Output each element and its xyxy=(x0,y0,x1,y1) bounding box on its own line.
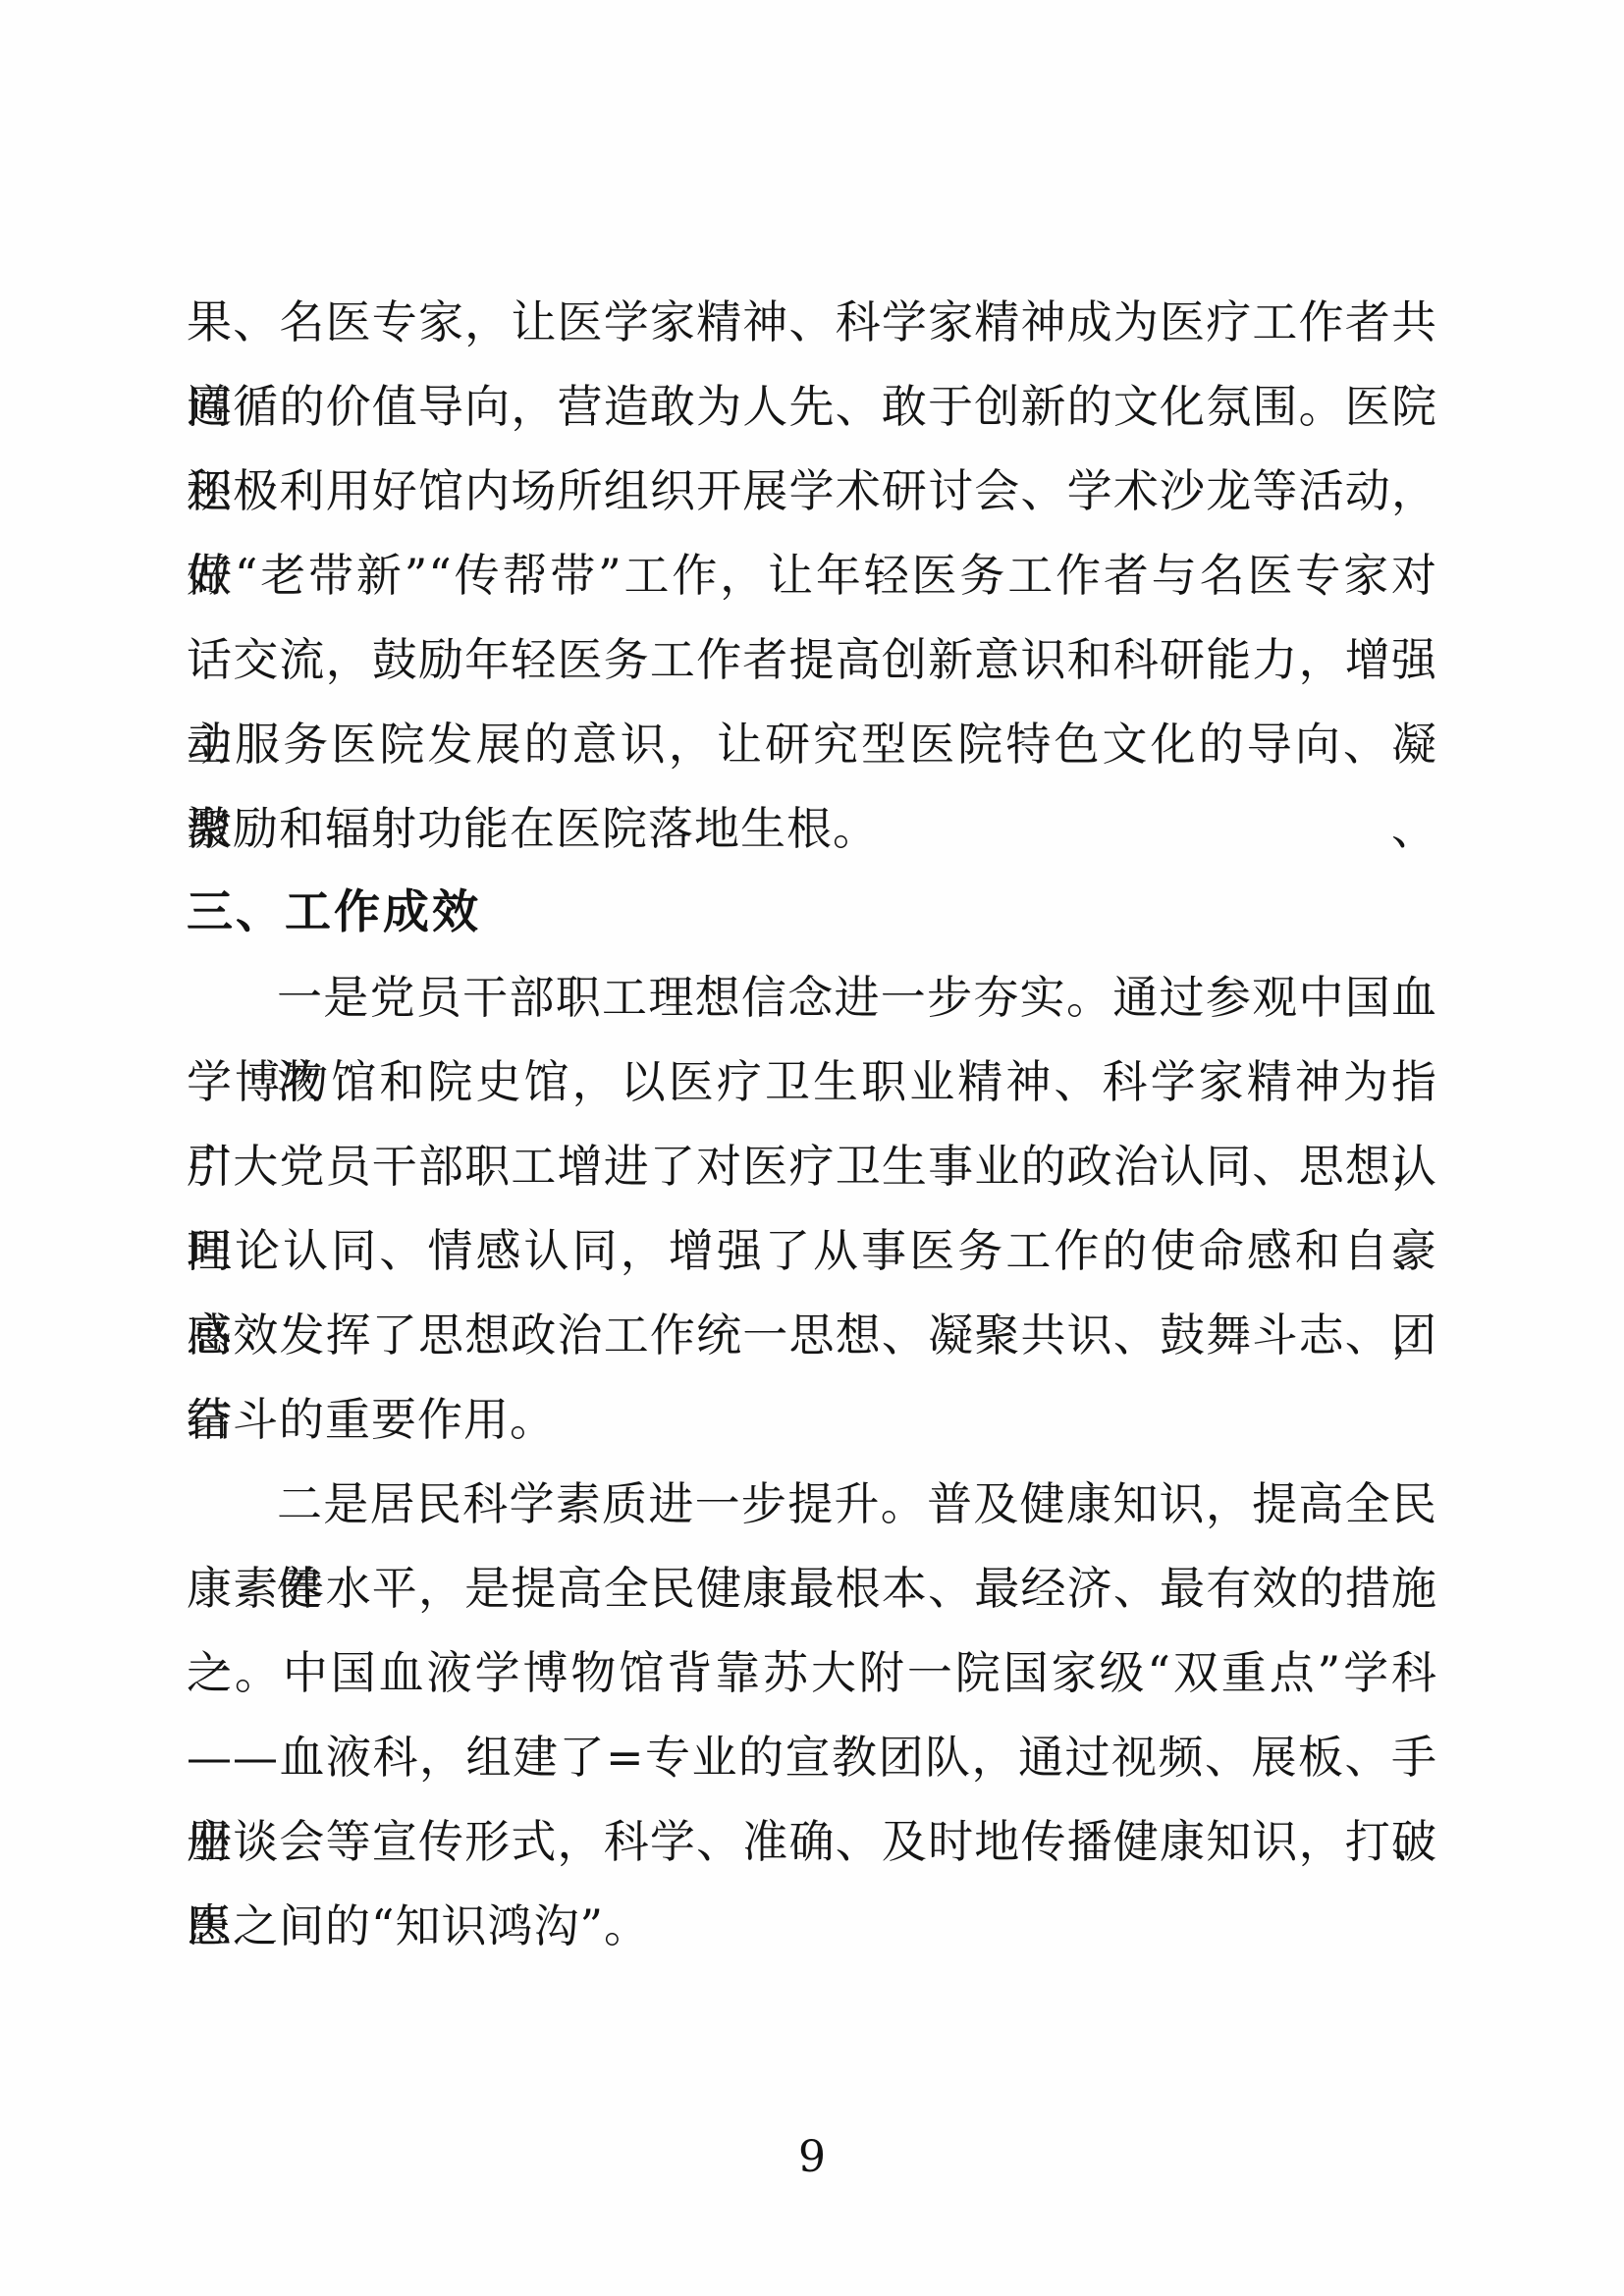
text-line: 高效发挥了思想政治工作统一思想、凝聚共识、鼓舞斗志、团结 xyxy=(187,1293,1437,1377)
text-line: 广大党员干部职工增进了对医疗卫生事业的政治认同、思想认同、 xyxy=(187,1124,1437,1208)
text-line: 二是居民科学素质进一步提升。普及健康知识，提高全民健 xyxy=(187,1462,1437,1546)
document-page: 果、名医专家，让医学家精神、科学家精神成为医疗工作者共同 遵循的价值导向，营造敢… xyxy=(0,0,1624,2296)
page-number: 9 xyxy=(0,2128,1624,2187)
text-line: 好“老带新”“传帮带”工作，让年轻医务工作者与名医专家对 xyxy=(187,533,1437,617)
text-line: 一。中国血液学博物馆背靠苏大附一院国家级“双重点”学科 xyxy=(187,1630,1437,1715)
text-line: 积极利用好馆内场所组织开展学术研讨会、学术沙龙等活动，做 xyxy=(187,449,1437,533)
text-line: 康素养水平，是提高全民健康最根本、最经济、最有效的措施之 xyxy=(187,1546,1437,1630)
text-block: 果、名医专家，让医学家精神、科学家精神成为医疗工作者共同 遵循的价值导向，营造敢… xyxy=(187,280,1437,1968)
text-line: 患之间的“知识鸿沟”。 xyxy=(187,1884,1437,1968)
text-line: 动服务医院发展的意识，让研究型医院特色文化的导向、凝聚、 xyxy=(187,702,1437,786)
text-line: ——血液科，组建了=专业的宣教团队，通过视频、展板、手册、 xyxy=(187,1715,1437,1799)
text-line: 奋斗的重要作用。 xyxy=(187,1377,1437,1462)
text-line: 一是党员干部职工理想信念进一步夯实。通过参观中国血液 xyxy=(187,955,1437,1040)
text-line: 座谈会等宣传形式，科学、准确、及时地传播健康知识，打破医 xyxy=(187,1799,1437,1884)
text-line: 理论认同、情感认同，增强了从事医务工作的使命感和自豪感， xyxy=(187,1208,1437,1293)
text-line: 果、名医专家，让医学家精神、科学家精神成为医疗工作者共同 xyxy=(187,280,1437,364)
text-line: 话交流，鼓励年轻医务工作者提高创新意识和科研能力，增强主 xyxy=(187,617,1437,702)
section-heading: 三、工作成效 xyxy=(187,871,1437,955)
text-line: 遵循的价值导向，营造敢为人先、敢于创新的文化氛围。医院还 xyxy=(187,364,1437,449)
text-line: 学博物馆和院史馆，以医疗卫生职业精神、科学家精神为指引， xyxy=(187,1040,1437,1124)
